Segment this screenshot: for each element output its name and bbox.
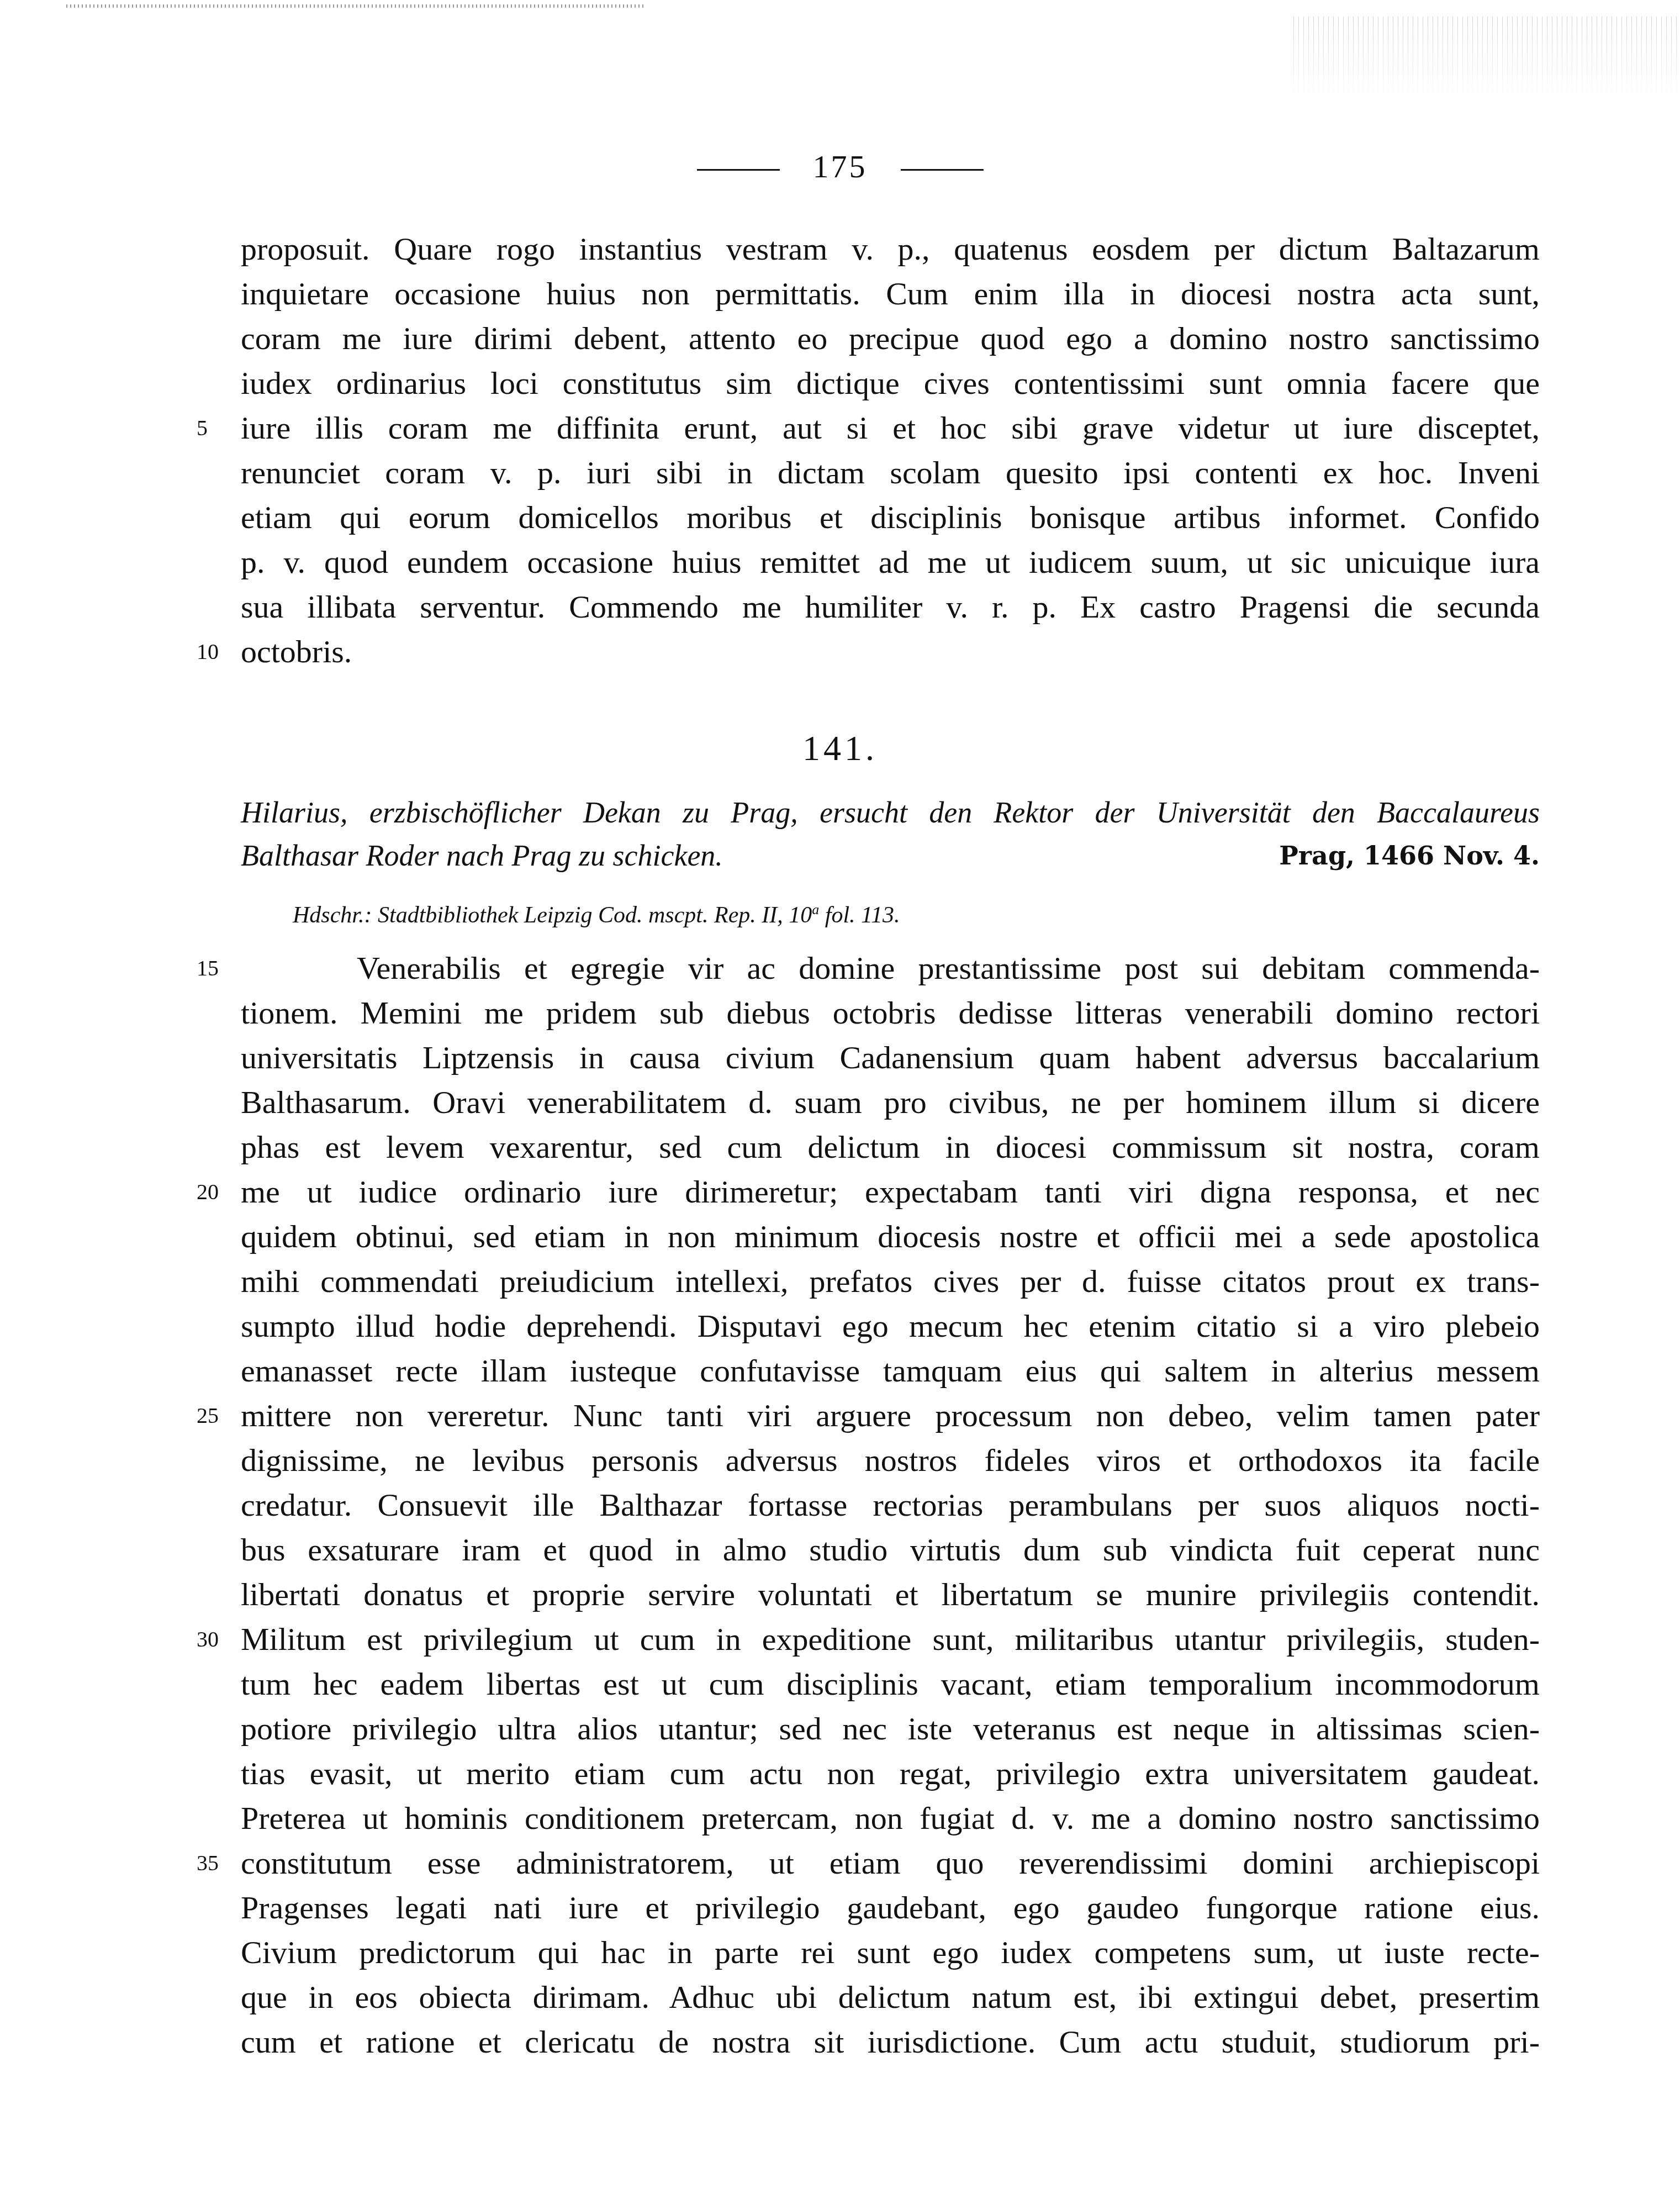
text-line: 20me ut iudice ordinario iure dirimeretu… xyxy=(241,1169,1540,1214)
continuation-text: proposuit. Quare rogo instantius vestram… xyxy=(241,226,1540,674)
line-text: coram me iure dirimi debent, attento eo … xyxy=(241,320,1540,356)
line-text: sumpto illud hodie deprehendi. Disputavi… xyxy=(241,1308,1540,1344)
line-text: octobris. xyxy=(241,634,352,669)
line-text: Militum est privilegium ut cum in expedi… xyxy=(241,1621,1540,1657)
document-date: Prag, 1466 Nov. 4. xyxy=(1279,834,1540,877)
line-text: mihi commendati preiudicium intellexi, p… xyxy=(241,1263,1540,1299)
regest-line: Balthasar Roder nach Prag zu schicken. P… xyxy=(241,834,1540,877)
text-line: cum et ratione et clericatu de nostra si… xyxy=(241,2019,1540,2064)
line-text: credatur. Consuevit ille Balthazar forta… xyxy=(241,1487,1540,1523)
page-header: 175 xyxy=(0,148,1680,185)
text-line: sumpto illud hodie deprehendi. Disputavi… xyxy=(241,1304,1540,1348)
line-text: Civium predictorum qui hac in parte rei … xyxy=(241,1934,1540,1970)
text-line: 25mittere non vereretur. Nunc tanti viri… xyxy=(241,1393,1540,1438)
line-text: tias evasit, ut merito etiam cum actu no… xyxy=(241,1755,1540,1791)
document-body: 15Venerabilis et egregie vir ac domine p… xyxy=(241,946,1540,2064)
line-text: Venerabilis et egregie vir ac domine pre… xyxy=(357,950,1540,986)
source-folio: fol. 113. xyxy=(819,903,900,928)
line-text: mittere non vereretur. Nunc tanti viri a… xyxy=(241,1397,1540,1433)
source-superscript: a xyxy=(812,901,819,917)
header-dash-left xyxy=(697,169,780,171)
text-line: que in eos obiecta dirimam. Adhuc ubi de… xyxy=(241,1975,1540,2019)
line-text: potiore privilegio ultra alios utantur; … xyxy=(241,1711,1540,1747)
line-text: tum hec eadem libertas est ut cum discip… xyxy=(241,1666,1540,1702)
text-line: phas est levem vexarentur, sed cum delic… xyxy=(241,1125,1540,1169)
line-text: iure illis coram me diffinita erunt, aut… xyxy=(241,410,1540,446)
text-line: tum hec eadem libertas est ut cum discip… xyxy=(241,1661,1540,1706)
line-text: libertati donatus et proprie servire vol… xyxy=(241,1576,1540,1612)
text-line: credatur. Consuevit ille Balthazar forta… xyxy=(241,1483,1540,1527)
line-text: que in eos obiecta dirimam. Adhuc ubi de… xyxy=(241,1979,1540,2015)
header-dash-right xyxy=(901,169,984,171)
text-line: 30Militum est privilegium ut cum in expe… xyxy=(241,1617,1540,1661)
text-line: tionem. Memini me pridem sub diebus octo… xyxy=(241,990,1540,1035)
line-text: phas est levem vexarentur, sed cum delic… xyxy=(241,1129,1540,1165)
line-number: 5 xyxy=(197,405,230,450)
text-line: mihi commendati preiudicium intellexi, p… xyxy=(241,1259,1540,1304)
text-line: bus exsaturare iram et quod in almo stud… xyxy=(241,1527,1540,1572)
line-number: 15 xyxy=(197,946,230,990)
text-line: 5iure illis coram me diffinita erunt, au… xyxy=(241,405,1540,450)
line-text: emanasset recte illam iusteque confutavi… xyxy=(241,1353,1540,1389)
line-text: bus exsaturare iram et quod in almo stud… xyxy=(241,1532,1540,1568)
line-text: me ut iudice ordinario iure dirimeretur;… xyxy=(241,1174,1540,1210)
line-text: Balthasarum. Oravi venerabilitatem d. su… xyxy=(241,1084,1540,1120)
line-text: cum et ratione et clericatu de nostra si… xyxy=(241,2024,1540,2060)
document-number: 141. xyxy=(0,728,1680,769)
text-line: etiam qui eorum domicellos moribus et di… xyxy=(241,495,1540,540)
line-number: 20 xyxy=(197,1169,230,1214)
text-line: tias evasit, ut merito etiam cum actu no… xyxy=(241,1751,1540,1796)
text-line: iudex ordinarius loci constitutus sim di… xyxy=(241,361,1540,405)
source-text: Hdschr.: Stadtbibliothek Leipzig Cod. ms… xyxy=(293,903,812,928)
regest-line: Hilarius, erzbischöflicher Dekan zu Prag… xyxy=(241,791,1540,834)
line-text: dignissime, ne levibus personis adversus… xyxy=(241,1442,1540,1478)
line-text: renunciet coram v. p. iuri sibi in dicta… xyxy=(241,455,1540,490)
scan-artifact-top xyxy=(66,4,646,8)
regest-text: Balthasar Roder nach Prag zu schicken. xyxy=(241,839,723,872)
text-line: Preterea ut hominis conditionem preterca… xyxy=(241,1796,1540,1840)
line-text: inquietare occasione huius non permittat… xyxy=(241,276,1540,312)
text-line: renunciet coram v. p. iuri sibi in dicta… xyxy=(241,450,1540,495)
text-line: proposuit. Quare rogo instantius vestram… xyxy=(241,226,1540,271)
document-regest: Hilarius, erzbischöflicher Dekan zu Prag… xyxy=(241,791,1540,877)
line-number: 10 xyxy=(197,629,230,674)
manuscript-source: Hdschr.: Stadtbibliothek Leipzig Cod. ms… xyxy=(293,901,900,929)
text-line: Balthasarum. Oravi venerabilitatem d. su… xyxy=(241,1080,1540,1125)
text-line: 15Venerabilis et egregie vir ac domine p… xyxy=(241,946,1540,990)
text-line: coram me iure dirimi debent, attento eo … xyxy=(241,316,1540,361)
line-text: sua illibata serventur. Commendo me humi… xyxy=(241,589,1540,625)
line-number: 25 xyxy=(197,1393,230,1438)
text-line: 10octobris. xyxy=(241,629,1540,674)
text-line: libertati donatus et proprie servire vol… xyxy=(241,1572,1540,1617)
line-text: Preterea ut hominis conditionem preterca… xyxy=(241,1800,1540,1836)
text-line: p. v. quod eundem occasione huius remitt… xyxy=(241,540,1540,584)
text-line: potiore privilegio ultra alios utantur; … xyxy=(241,1706,1540,1751)
text-line: universitatis Liptzensis in causa civium… xyxy=(241,1035,1540,1080)
text-line: 35constitutum esse administratorem, ut e… xyxy=(241,1840,1540,1885)
scan-artifact-right xyxy=(1293,17,1680,99)
line-text: Pragenses legati nati iure et privilegio… xyxy=(241,1890,1540,1926)
text-line: inquietare occasione huius non permittat… xyxy=(241,271,1540,316)
page-number: 175 xyxy=(813,149,868,184)
line-text: quidem obtinui, sed etiam in non minimum… xyxy=(241,1219,1540,1254)
line-number: 35 xyxy=(197,1840,230,1885)
text-line: sua illibata serventur. Commendo me humi… xyxy=(241,584,1540,629)
line-text: p. v. quod eundem occasione huius remitt… xyxy=(241,544,1540,580)
line-text: universitatis Liptzensis in causa civium… xyxy=(241,1040,1540,1075)
text-line: quidem obtinui, sed etiam in non minimum… xyxy=(241,1214,1540,1259)
line-text: constitutum esse administratorem, ut eti… xyxy=(241,1845,1540,1881)
line-text: iudex ordinarius loci constitutus sim di… xyxy=(241,365,1540,401)
line-text: tionem. Memini me pridem sub diebus octo… xyxy=(241,995,1540,1031)
line-text: etiam qui eorum domicellos moribus et di… xyxy=(241,499,1540,535)
text-line: Civium predictorum qui hac in parte rei … xyxy=(241,1930,1540,1975)
line-number: 30 xyxy=(197,1617,230,1661)
text-line: Pragenses legati nati iure et privilegio… xyxy=(241,1885,1540,1930)
line-text: proposuit. Quare rogo instantius vestram… xyxy=(241,231,1540,267)
text-line: dignissime, ne levibus personis adversus… xyxy=(241,1438,1540,1483)
text-line: emanasset recte illam iusteque confutavi… xyxy=(241,1348,1540,1393)
